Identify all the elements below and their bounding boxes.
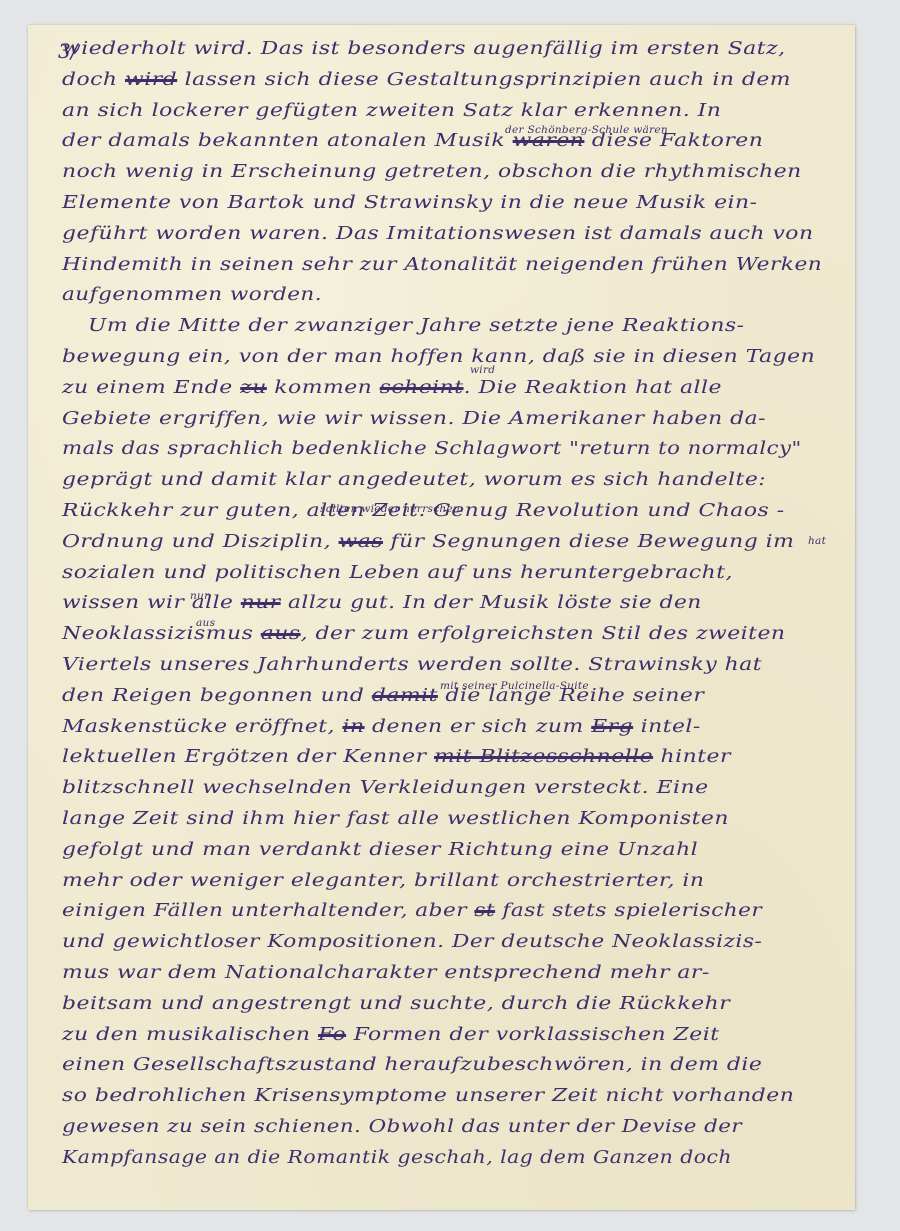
line-text: geprägt und damit klar angedeutet, worum… bbox=[62, 470, 766, 490]
manuscript-line: geprägt und damit klar angedeutet, worum… bbox=[62, 469, 900, 491]
line-text: doch bbox=[62, 70, 125, 90]
manuscript-line: einen Gesellschaftszustand heraufzubesch… bbox=[62, 1054, 900, 1076]
manuscript-line: lange Zeit sind ihm hier fast alle westl… bbox=[62, 808, 900, 830]
line-text: aufgenommen worden. bbox=[62, 285, 322, 305]
interlinear-insertion: mit seiner Pulcinella-Suite bbox=[440, 680, 589, 692]
line-text: intel- bbox=[633, 717, 701, 737]
manuscript-line: doch wird lassen sich diese Gestaltungsp… bbox=[62, 69, 900, 91]
manuscript-line: Ordnung und Disziplin, was für Segnungen… bbox=[62, 531, 900, 553]
line-text: Kampfansage an die Romantik geschah, lag… bbox=[62, 1148, 732, 1168]
manuscript-line: Hindemith in seinen sehr zur Atonalität … bbox=[62, 254, 900, 276]
manuscript-line: einigen Fällen unterhaltender, aber st f… bbox=[62, 900, 900, 922]
struck-through-word: nur bbox=[241, 593, 281, 613]
line-text: allzu gut. In der Musik löste sie den bbox=[281, 593, 702, 613]
struck-through-word: st bbox=[474, 901, 495, 921]
manuscript-line: so bedrohlichen Krisensymptome unserer Z… bbox=[62, 1085, 900, 1107]
interlinear-insertion: aus bbox=[196, 617, 215, 629]
line-text: gefolgt und man verdankt dieser Richtung… bbox=[62, 840, 698, 860]
manuscript-line: beitsam und angestrengt und suchte, durc… bbox=[62, 993, 900, 1015]
interlinear-insertion: der Schönberg-Schule wären bbox=[505, 124, 668, 136]
manuscript-line: Elemente von Bartok und Strawinsky in di… bbox=[62, 192, 900, 214]
manuscript-line: an sich lockerer gefügten zweiten Satz k… bbox=[62, 100, 900, 122]
line-text: sozialen und politischen Leben auf uns h… bbox=[62, 563, 733, 583]
struck-through-word: scheint bbox=[380, 378, 464, 398]
interlinear-insertion: nur bbox=[190, 590, 209, 602]
manuscript-line: Gebiete ergriffen, wie wir wissen. Die A… bbox=[62, 408, 900, 430]
line-text: blitzschnell wechselnden Verkleidungen v… bbox=[62, 778, 709, 798]
struck-through-word: mit Blitzesschnelle bbox=[434, 747, 653, 767]
manuscript-line: Viertels unseres Jahrhunderts werden sol… bbox=[62, 654, 900, 676]
manuscript-line: gefolgt und man verdankt dieser Richtung… bbox=[62, 839, 900, 861]
line-text: lange Zeit sind ihm hier fast alle westl… bbox=[62, 809, 729, 829]
line-text: mals das sprachlich bedenkliche Schlagwo… bbox=[62, 439, 802, 459]
line-text: zu den musikalischen bbox=[62, 1025, 318, 1045]
line-text: lektuellen Ergötzen der Kenner bbox=[62, 747, 434, 767]
struck-through-word: Erg bbox=[591, 717, 633, 737]
struck-through-word: aus bbox=[261, 624, 301, 644]
line-text: Hindemith in seinen sehr zur Atonalität … bbox=[62, 255, 822, 275]
line-text: Gebiete ergriffen, wie wir wissen. Die A… bbox=[62, 409, 766, 429]
struck-through-word: in bbox=[342, 717, 364, 737]
manuscript-line: blitzschnell wechselnden Verkleidungen v… bbox=[62, 777, 900, 799]
manuscript-line: mus war dem Nationalcharakter entspreche… bbox=[62, 962, 900, 984]
line-text: denen er sich zum bbox=[365, 717, 592, 737]
line-text: Elemente von Bartok und Strawinsky in di… bbox=[62, 193, 758, 213]
manuscript-line: Neoklassizismus aus, der zum erfolgreich… bbox=[62, 623, 900, 645]
struck-through-word: zu bbox=[240, 378, 267, 398]
line-text: an sich lockerer gefügten zweiten Satz k… bbox=[62, 101, 721, 121]
line-text: beitsam und angestrengt und suchte, durc… bbox=[62, 994, 730, 1014]
line-text: Maskenstücke eröffnet, bbox=[62, 717, 342, 737]
manuscript-line: mehr oder weniger eleganter, brillant or… bbox=[62, 870, 900, 892]
line-text: Formen der vorklassischen Zeit bbox=[346, 1025, 719, 1045]
manuscript-line: wiederholt wird. Das ist besonders augen… bbox=[62, 38, 900, 60]
line-text: Ordnung und Disziplin, bbox=[62, 532, 339, 552]
line-text: zu einem Ende bbox=[62, 378, 240, 398]
line-text: Viertels unseres Jahrhunderts werden sol… bbox=[62, 655, 762, 675]
manuscript-line: geführt worden waren. Das Imitationswese… bbox=[62, 223, 900, 245]
line-text: wissen wir alle bbox=[62, 593, 241, 613]
manuscript-line: gewesen zu sein schienen. Obwohl das unt… bbox=[62, 1116, 900, 1138]
manuscript-line: zu den musikalischen Fo Formen der vorkl… bbox=[62, 1024, 900, 1046]
line-text: gewesen zu sein schienen. Obwohl das unt… bbox=[62, 1117, 742, 1137]
line-text: lassen sich diese Gestaltungsprinzipien … bbox=[177, 70, 791, 90]
manuscript-line: Um die Mitte der zwanziger Jahre setzte … bbox=[88, 315, 900, 337]
line-text: so bedrohlichen Krisensymptome unserer Z… bbox=[62, 1086, 794, 1106]
interlinear-insertion: sollten wieder herrschen. bbox=[320, 503, 464, 515]
line-text: der damals bekannten atonalen Musik bbox=[62, 131, 513, 151]
line-text: den Reigen begonnen und bbox=[62, 686, 372, 706]
manuscript-line: sozialen und politischen Leben auf uns h… bbox=[62, 562, 900, 584]
manuscript-line: lektuellen Ergötzen der Kenner mit Blitz… bbox=[62, 746, 900, 768]
line-text: wiederholt wird. Das ist besonders augen… bbox=[62, 39, 786, 59]
line-text: mus war dem Nationalcharakter entspreche… bbox=[62, 963, 710, 983]
interlinear-insertion: wird bbox=[470, 364, 495, 376]
line-text: Um die Mitte der zwanziger Jahre setzte … bbox=[88, 316, 745, 336]
manuscript-line: Kampfansage an die Romantik geschah, lag… bbox=[62, 1147, 900, 1169]
line-text: Neoklassizismus bbox=[62, 624, 261, 644]
manuscript-line: der damals bekannten atonalen Musik ware… bbox=[62, 130, 900, 152]
line-text: . Die Reaktion hat alle bbox=[464, 378, 722, 398]
line-text: einigen Fällen unterhaltender, aber bbox=[62, 901, 474, 921]
line-text: hinter bbox=[653, 747, 731, 767]
line-text: bewegung ein, von der man hoffen kann, d… bbox=[62, 347, 815, 367]
struck-through-word: wird bbox=[125, 70, 177, 90]
manuscript-line: Maskenstücke eröffnet, in denen er sich … bbox=[62, 716, 900, 738]
struck-through-word: was bbox=[339, 532, 383, 552]
line-text: kommen bbox=[267, 378, 380, 398]
manuscript-line: und gewichtloser Kompositionen. Der deut… bbox=[62, 931, 900, 953]
manuscript-line: aufgenommen worden. bbox=[62, 284, 900, 306]
line-text: noch wenig in Erscheinung getreten, obsc… bbox=[62, 162, 802, 182]
line-text: geführt worden waren. Das Imitationswese… bbox=[62, 224, 814, 244]
line-text: fast stets spielerischer bbox=[495, 901, 762, 921]
line-text: , der zum erfolgreichsten Stil des zweit… bbox=[301, 624, 786, 644]
line-text: einen Gesellschaftszustand heraufzubesch… bbox=[62, 1055, 762, 1075]
line-text: mehr oder weniger eleganter, brillant or… bbox=[62, 871, 704, 891]
interlinear-insertion: hat bbox=[808, 535, 826, 547]
line-text: für Segnungen diese Bewegung im bbox=[383, 532, 794, 552]
manuscript-line: Rückkehr zur guten, alten Zeit. Genug Re… bbox=[62, 500, 900, 522]
manuscript-line: zu einem Ende zu kommen scheint. Die Rea… bbox=[62, 377, 900, 399]
struck-through-word: damit bbox=[372, 686, 438, 706]
manuscript-line: wissen wir alle nur allzu gut. In der Mu… bbox=[62, 592, 900, 614]
line-text: und gewichtloser Kompositionen. Der deut… bbox=[62, 932, 762, 952]
struck-through-word: Fo bbox=[318, 1025, 346, 1045]
manuscript-line: noch wenig in Erscheinung getreten, obsc… bbox=[62, 161, 900, 183]
manuscript-line: mals das sprachlich bedenkliche Schlagwo… bbox=[62, 438, 900, 460]
